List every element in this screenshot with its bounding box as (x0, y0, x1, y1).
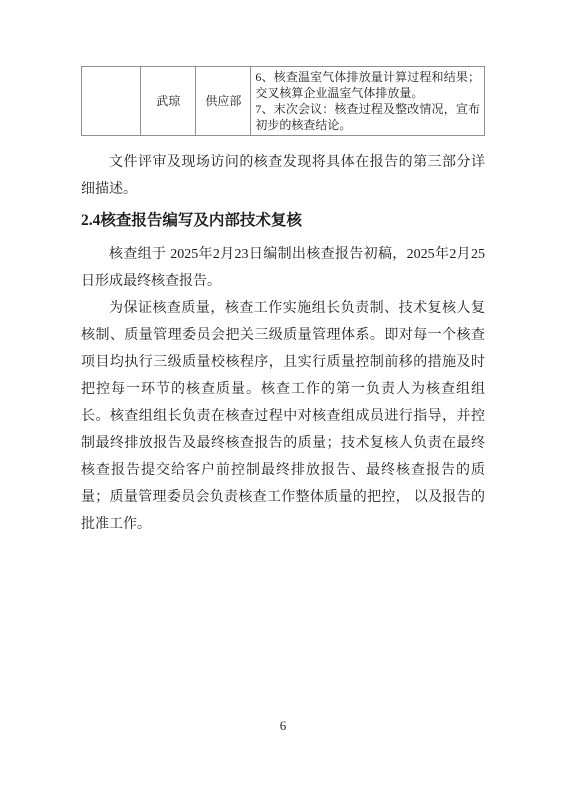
table-cell-department: 供应部 (196, 67, 251, 136)
paragraph-report-dates: 核查组于 2025年2月23日编制出核查报告初稿，2025年2月25日形成最终核… (81, 241, 485, 295)
table-cell-interviewee-name: 武琼 (141, 67, 196, 136)
verification-schedule-table: 武琼 供应部 6、核查温室气体排放量计算过程和结果；交叉核算企业温室气体排放量。… (81, 66, 485, 136)
paragraph-findings-note: 文件评审及现场访问的核查发现将具体在报告的第三部分详细描述。 (81, 149, 485, 203)
table-row: 武琼 供应部 6、核查温室气体排放量计算过程和结果；交叉核算企业温室气体排放量。… (82, 67, 485, 136)
audit-item-7: 7、末次会议：核查过程及整改情况，宣布初步的核查结论。 (255, 101, 480, 133)
table-cell-audit-items: 6、核查温室气体排放量计算过程和结果；交叉核算企业温室气体排放量。 7、末次会议… (251, 67, 485, 136)
document-page: 武琼 供应部 6、核查温室气体排放量计算过程和结果；交叉核算企业温室气体排放量。… (0, 0, 566, 800)
audit-item-6: 6、核查温室气体排放量计算过程和结果；交叉核算企业温室气体排放量。 (255, 69, 480, 101)
paragraph-quality-control: 为保证核查质量，核查工作实施组长负责制、技术复核人复核制、质量管理委员会把关三级… (81, 295, 485, 538)
page-number: 6 (0, 718, 566, 734)
table-cell-blank (82, 67, 141, 136)
section-heading-2-4: 2.4核查报告编写及内部技术复核 (81, 209, 485, 233)
document-content: 武琼 供应部 6、核查温室气体排放量计算过程和结果；交叉核算企业温室气体排放量。… (81, 66, 485, 538)
